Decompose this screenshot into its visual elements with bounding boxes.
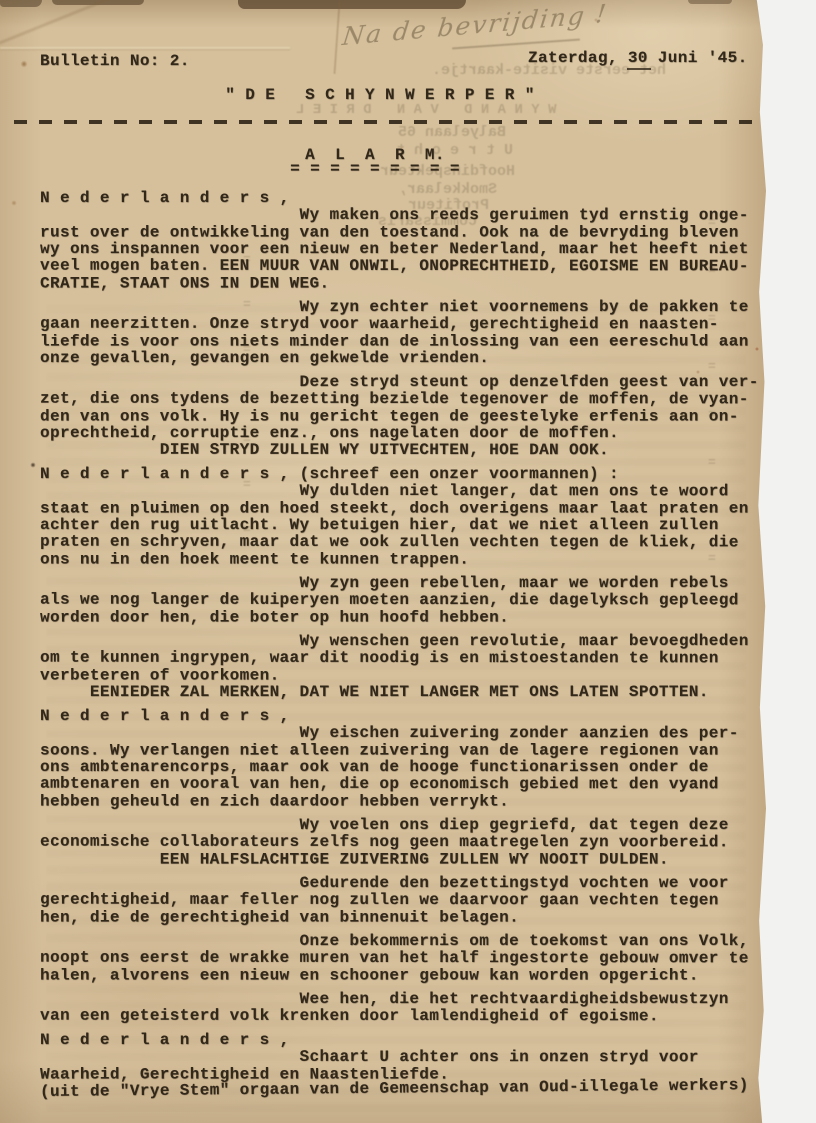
doc-line: N e d e r l a n d e r s , [40,1032,756,1049]
scanned-document: { "header": { "handwritten_note": "Na de… [0,0,816,1123]
doc-line: zet, die ons tydens de bezetting bezield… [40,391,756,409]
doc-line: hebben geheuld en zich daardoor hebben v… [40,794,756,811]
doc-line: halen, alvorens een nieuw en schooner ge… [40,968,756,985]
doc-line: CRATIE, STAAT ONS IN DEN WEG. [40,276,756,293]
dashed-rule [14,120,762,124]
paragraph: Deze stryd steunt op denzelfden geest va… [40,374,756,459]
paper-crease [0,47,290,49]
doc-line: noopt ons eerst de wrakke muren van het … [40,950,756,968]
doc-line: onze gevallen, gevangen en gekwelde vrie… [40,350,756,367]
doc-line: Wy dulden niet langer, dat men ons te wo… [40,483,756,501]
paragraph: Wy zyn echter niet voornemens by de pakk… [40,299,756,367]
doc-line: verbeteren of voorkomen. [40,668,756,685]
date-underline [627,68,651,70]
doc-line: praten en schryven, maar dat we ook zull… [40,534,756,552]
doc-line: veel mogen baten. EEN MUUR VAN ONWIL, ON… [40,258,756,276]
paragraph: N e d e r l a n d e r s , (schreef een o… [40,466,756,568]
bleedthrough-text: W Y N A N D V A N D R I E L [296,102,556,118]
doc-line: N e d e r l a n d e r s , [40,708,756,725]
doc-line: als we nog langer de kuiperyen moeten aa… [40,592,756,610]
paragraph: Wee hen, die het rechtvaardigheidsbewust… [40,991,756,1025]
doc-line: oprechtheid, corruptie enz., ons nagelat… [40,425,756,442]
torn-edge [0,0,42,7]
doc-line: gerechtigheid, maar feller nog zullen we… [40,892,756,910]
masthead-title: " D E S C H Y N W E R P E R " [40,86,720,104]
doc-line: ambtenaren en vooral van hen, die op eco… [40,776,756,794]
doc-line: Onze bekommernis om de toekomst van ons … [40,933,756,950]
doc-line: hen, die de gerechtigheid van binnenuit … [40,910,756,927]
doc-line: rust over de ontwikkeling van den toesta… [40,225,756,242]
bleedthrough-text: Balyelaan 65 [398,124,506,141]
paragraph: Gedurende den bezettingstyd vochten we v… [40,875,756,926]
alarm-underline: = = = = = = = = = [40,163,710,175]
paragraph: Wy wenschen geen revolutie, maar bevoegd… [40,633,756,701]
doc-line: Wy maken ons reeds geruimen tyd ernstig … [40,207,756,225]
doc-line: van een geteisterd volk krenken door lam… [40,1008,756,1026]
paragraph: N e d e r l a n d e r s , Wy eischen zui… [40,708,756,810]
doc-line: N e d e r l a n d e r s , [40,190,756,207]
doc-line: achter den rug uitlacht. Wy betuigen hie… [40,517,756,534]
doc-line: staat en pluimen op den hoed steekt, doc… [40,501,756,518]
doc-line: Wy eischen zuivering zonder aanzien des … [40,725,756,743]
doc-line: ons nu in den hoek meent te kunnen trapp… [40,552,756,569]
doc-line: Deze stryd steunt op denzelfden geest va… [40,374,756,391]
doc-line: Schaart U achter ons in onzen stryd voor [40,1049,756,1067]
doc-line: EEN HALFSLACHTIGE ZUIVERING ZULLEN WY NO… [40,852,756,869]
paragraph: Wy voelen ons diep gegriefd, dat tegen d… [40,817,756,868]
doc-line: wy ons inspannen voor een nieuw en beter… [40,241,756,258]
doc-line: liefde is voor ons niets minder dan de i… [40,334,756,351]
paper-crease [333,2,340,74]
paragraph: Onze bekommernis om de toekomst van ons … [40,933,756,984]
torn-edge [688,0,732,4]
torn-edge [52,0,144,5]
doc-line: Wy voelen ons diep gegriefd, dat tegen d… [40,817,756,834]
torn-edge [238,0,466,9]
doc-line: DIEN STRYD ZULLEN WY UITVECHTEN, HOE DAN… [40,442,756,460]
doc-line: EENIEDER ZAL MERKEN, DAT WE NIET LANGER … [40,684,756,701]
doc-line: Gedurende den bezettingstyd vochten we v… [40,875,756,892]
doc-line: Wy zyn echter niet voornemens by de pakk… [40,299,756,316]
doc-line: worden door hen, die boter op hun hoofd … [40,610,756,627]
paragraph: N e d e r l a n d e r s , Wy maken ons r… [40,190,756,292]
doc-line: N e d e r l a n d e r s , (schreef een o… [40,466,756,483]
document-content: het eerste visite-kaartje.W Y N A N D V … [0,0,766,1123]
doc-line: den van ons volk. Hy is nu gericht tegen… [40,409,756,426]
doc-line: Wy wenschen geen revolutie, maar bevoegd… [40,633,756,650]
doc-line: Wee hen, die het rechtvaardigheidsbewust… [40,991,756,1008]
date-line: Zaterdag, 30 Juni '45. [528,49,748,67]
doc-line: soons. Wy verlangen niet alleen zuiverin… [40,743,756,760]
bulletin-number: Bulletin No: 2. [40,52,190,70]
handwritten-underline [452,39,580,50]
doc-line: om te kunnen ingrypen, waar dit noodig i… [40,650,756,668]
paragraph: Wy zyn geen rebellen, maar we worden reb… [40,575,756,626]
paragraph: N e d e r l a n d e r s , Schaart U acht… [40,1032,756,1100]
doc-line: ons ambtenarencorps, maar ook van de hoo… [40,759,756,776]
doc-line: gaan neerzitten. Onze stryd voor waarhei… [40,316,756,334]
document-body: N e d e r l a n d e r s , Wy maken ons r… [40,190,756,1107]
doc-line: economische collaborateurs zelfs nog gee… [40,834,756,852]
doc-line: Wy zyn geen rebellen, maar we worden reb… [40,575,756,592]
